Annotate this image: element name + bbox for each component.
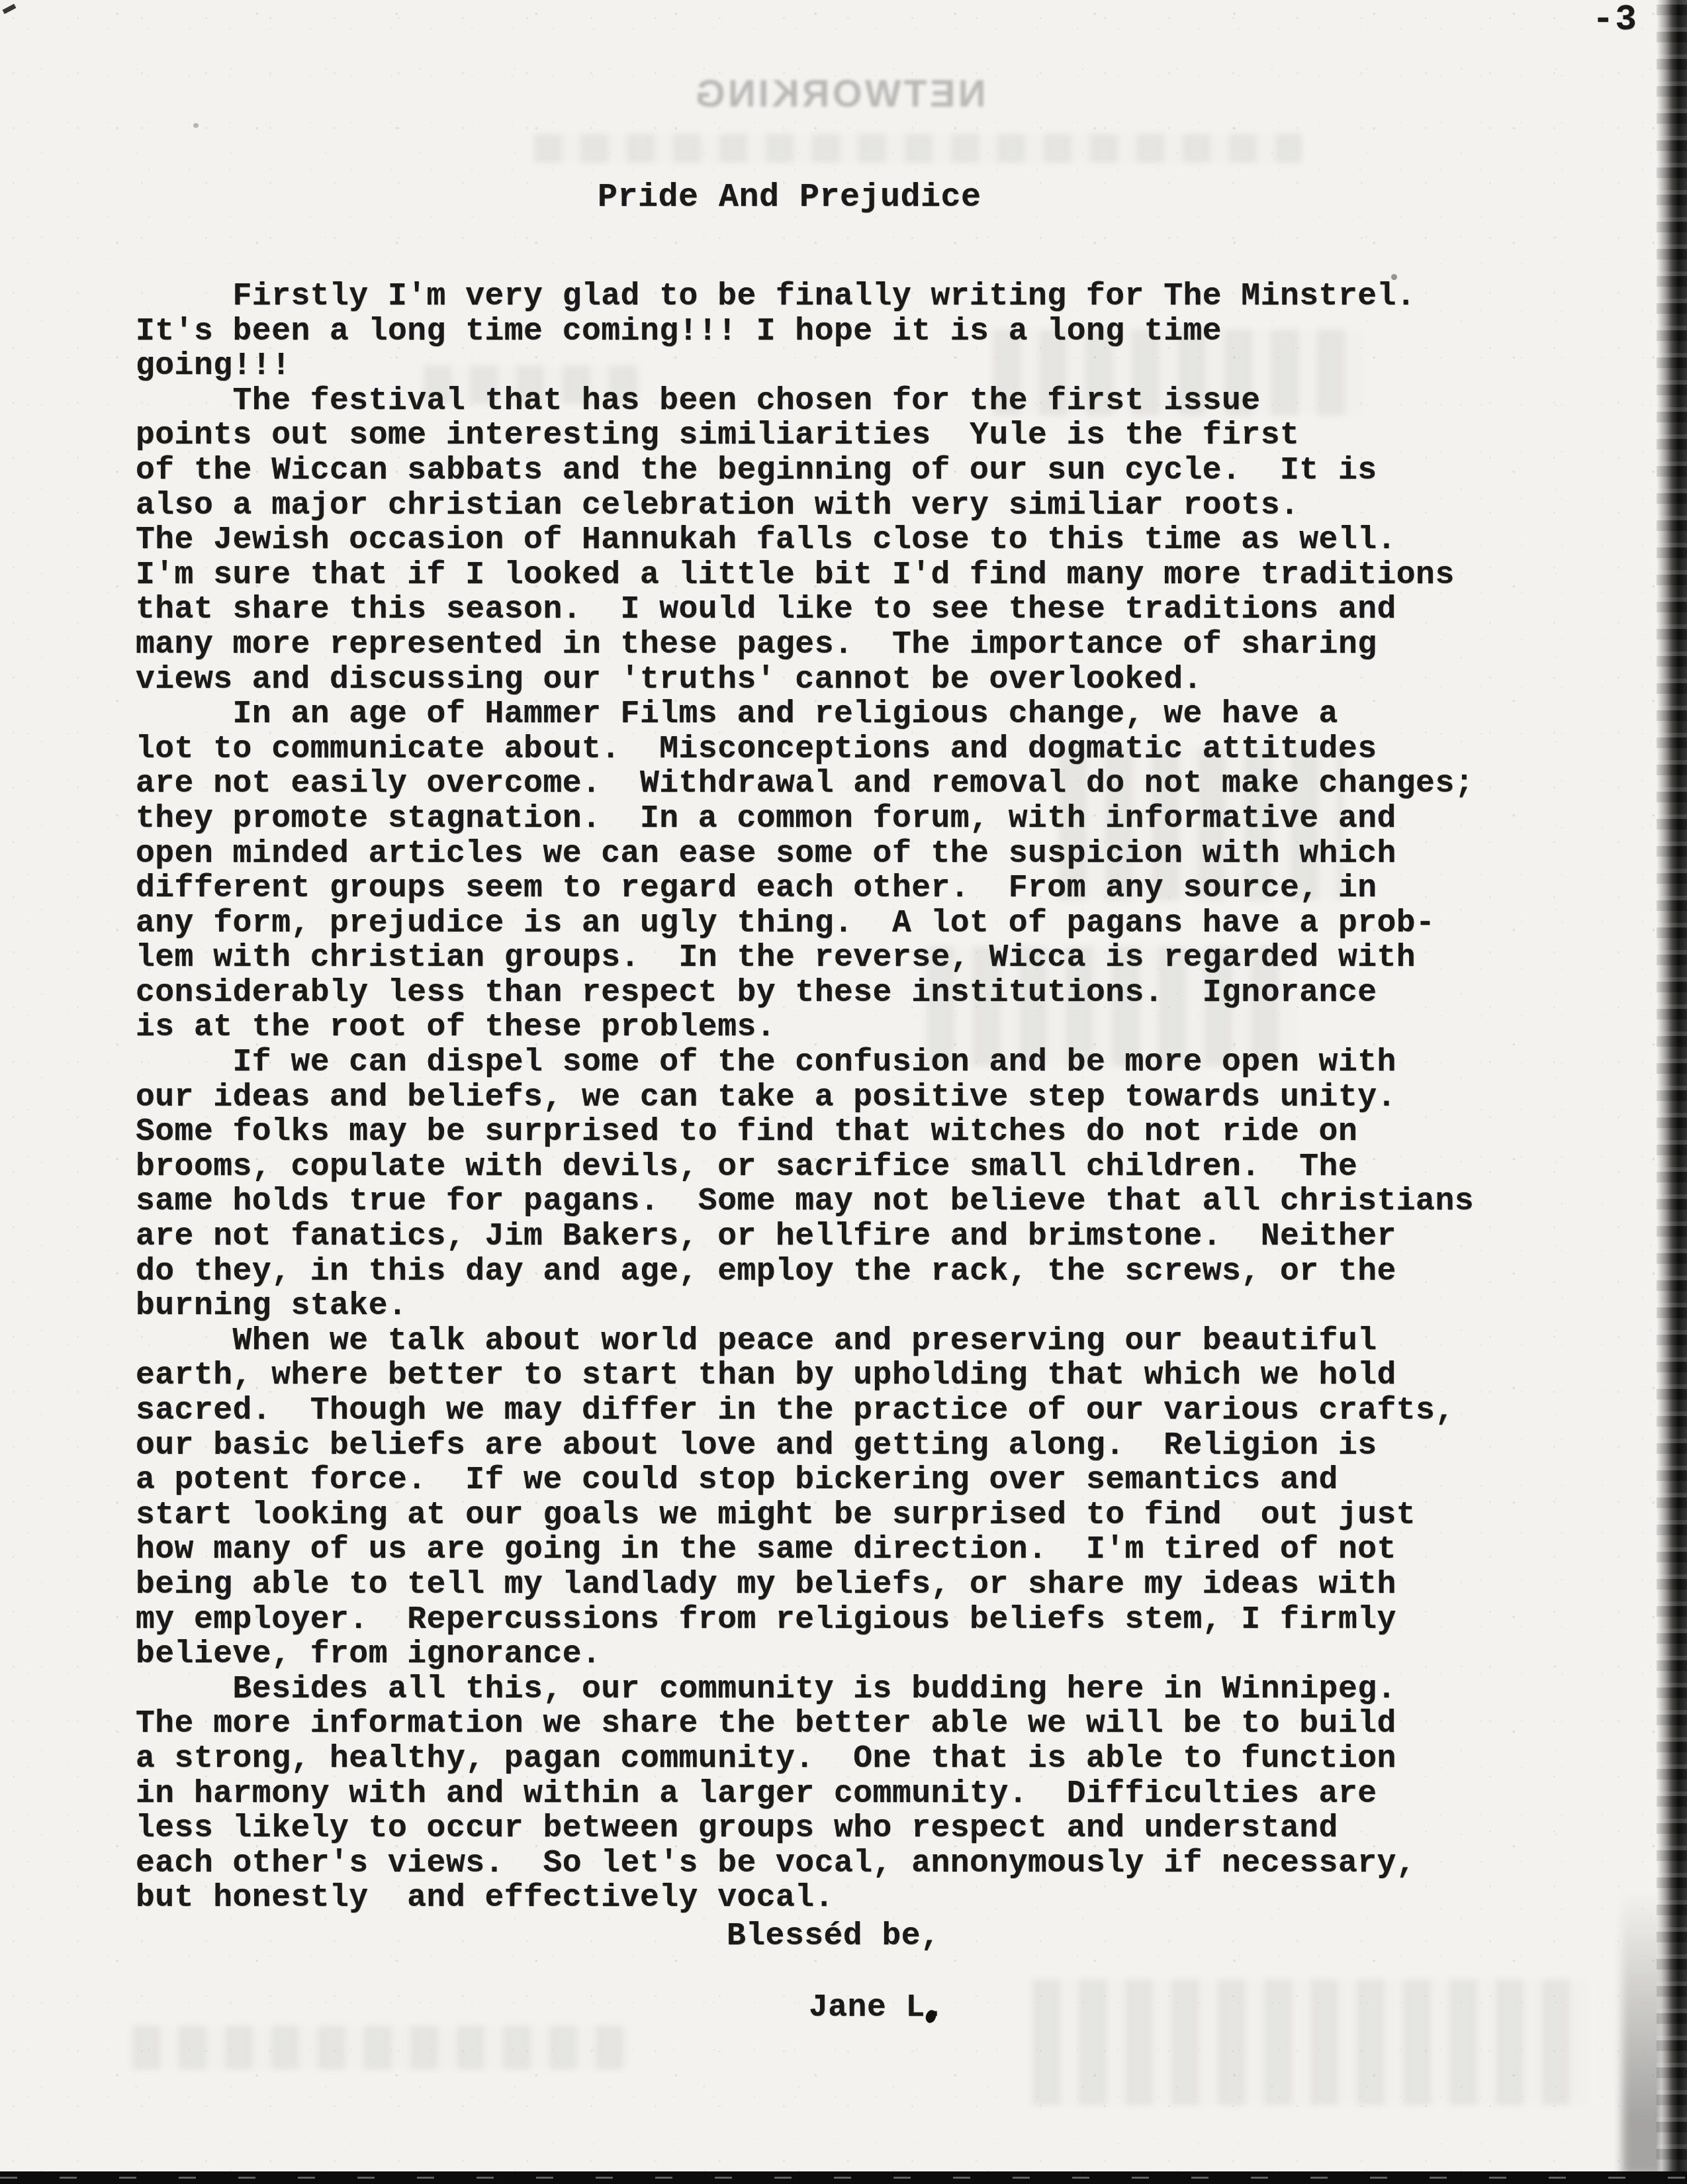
text-line: sacred. Though we may differ in the prac… — [136, 1394, 1474, 1429]
text-line: many more represented in these pages. Th… — [136, 628, 1474, 663]
signature-name: Jane L. — [809, 1990, 944, 2026]
text-line: views and discussing our 'truths' cannot… — [136, 663, 1474, 698]
text-line: are not easily overcome. Withdrawal and … — [136, 767, 1474, 802]
text-line: The festival that has been chosen for th… — [136, 384, 1474, 419]
ink-speck — [1391, 274, 1397, 280]
scan-edge-bottom — [0, 2171, 1687, 2184]
text-line: less likely to occur between groups who … — [136, 1811, 1474, 1846]
text-line: lot to communicate about. Misconceptions… — [136, 732, 1474, 767]
text-line: that share this season. I would like to … — [136, 593, 1474, 628]
text-line: lem with christian groups. In the revers… — [136, 941, 1474, 976]
text-line: open minded articles we can ease some of… — [136, 837, 1474, 872]
text-line: same holds true for pagans. Some may not… — [136, 1184, 1474, 1219]
text-line: The Jewish occasion of Hannukah falls cl… — [136, 523, 1474, 558]
text-line: do they, in this day and age, employ the… — [136, 1255, 1474, 1290]
text-line: believe, from ignorance. — [136, 1637, 1474, 1672]
text-line: points out some interesting similiaritie… — [136, 418, 1474, 453]
article-title: Pride And Prejudice — [598, 179, 981, 216]
text-line: Besides all this, our community is buddi… — [136, 1672, 1474, 1707]
text-line: is at the root of these problems. — [136, 1010, 1474, 1045]
text-line: brooms, copulate with devils, or sacrifi… — [136, 1150, 1474, 1185]
text-line: considerably less than respect by these … — [136, 976, 1474, 1011]
text-line: a potent force. If we could stop bickeri… — [136, 1463, 1474, 1498]
text-line: Some folks may be surprised to find that… — [136, 1115, 1474, 1150]
text-line: I'm sure that if I looked a little bit I… — [136, 558, 1474, 593]
page-number: -3 — [1592, 0, 1638, 40]
bleedthrough-smudge — [534, 134, 1302, 163]
text-line: in harmony with and within a larger comm… — [136, 1777, 1474, 1812]
scanned-newsletter-page: { "page": { "number": "-3", "title": "Pr… — [0, 0, 1687, 2184]
text-line: how many of us are going in the same dir… — [136, 1533, 1474, 1568]
valediction: Blesséd be, — [727, 1919, 940, 1954]
text-line: of the Wiccan sabbats and the beginning … — [136, 453, 1474, 489]
text-line: our basic beliefs are about love and get… — [136, 1429, 1474, 1464]
text-line: also a major christian celebration with … — [136, 489, 1474, 524]
scan-corner-mark — [3, 4, 17, 15]
text-line: a strong, healthy, pagan community. One … — [136, 1742, 1474, 1777]
text-line: burning stake. — [136, 1289, 1474, 1324]
scan-edge-right — [1657, 0, 1687, 2184]
text-line: When we talk about world peace and prese… — [136, 1324, 1474, 1359]
text-line: each other's views. So let's be vocal, a… — [136, 1846, 1474, 1881]
text-line: earth, where better to start than by uph… — [136, 1358, 1474, 1394]
text-line: being able to tell my landlady my belief… — [136, 1568, 1474, 1603]
text-line: going!!! — [136, 349, 1474, 384]
text-line: The more information we share the better… — [136, 1707, 1474, 1742]
text-line: my employer. Repercussions from religiou… — [136, 1603, 1474, 1638]
ink-speck — [193, 123, 199, 128]
text-line: start looking at our goals we might be s… — [136, 1498, 1474, 1533]
text-line: If we can dispel some of the confusion a… — [136, 1045, 1474, 1080]
text-line: In an age of Hammer Films and religious … — [136, 697, 1474, 732]
text-line: any form, prejudice is an ugly thing. A … — [136, 906, 1474, 941]
text-line: Firstly I'm very glad to be finally writ… — [136, 279, 1474, 314]
text-line: It's been a long time coming!!! I hope i… — [136, 314, 1474, 350]
bleedthrough-smudge — [132, 2026, 629, 2069]
article-body: Firstly I'm very glad to be finally writ… — [136, 279, 1474, 1916]
bleedthrough-header-text: NETWORKING — [674, 71, 1005, 116]
text-line: but honestly and effectively vocal. — [136, 1881, 1474, 1916]
bleedthrough-smudge — [1032, 1979, 1588, 2105]
text-line: our ideas and beliefs, we can take a pos… — [136, 1080, 1474, 1116]
text-line: different groups seem to regard each oth… — [136, 871, 1474, 906]
text-line: are not fanatics, Jim Bakers, or hellfir… — [136, 1219, 1474, 1255]
text-line: they promote stagnation. In a common for… — [136, 802, 1474, 837]
